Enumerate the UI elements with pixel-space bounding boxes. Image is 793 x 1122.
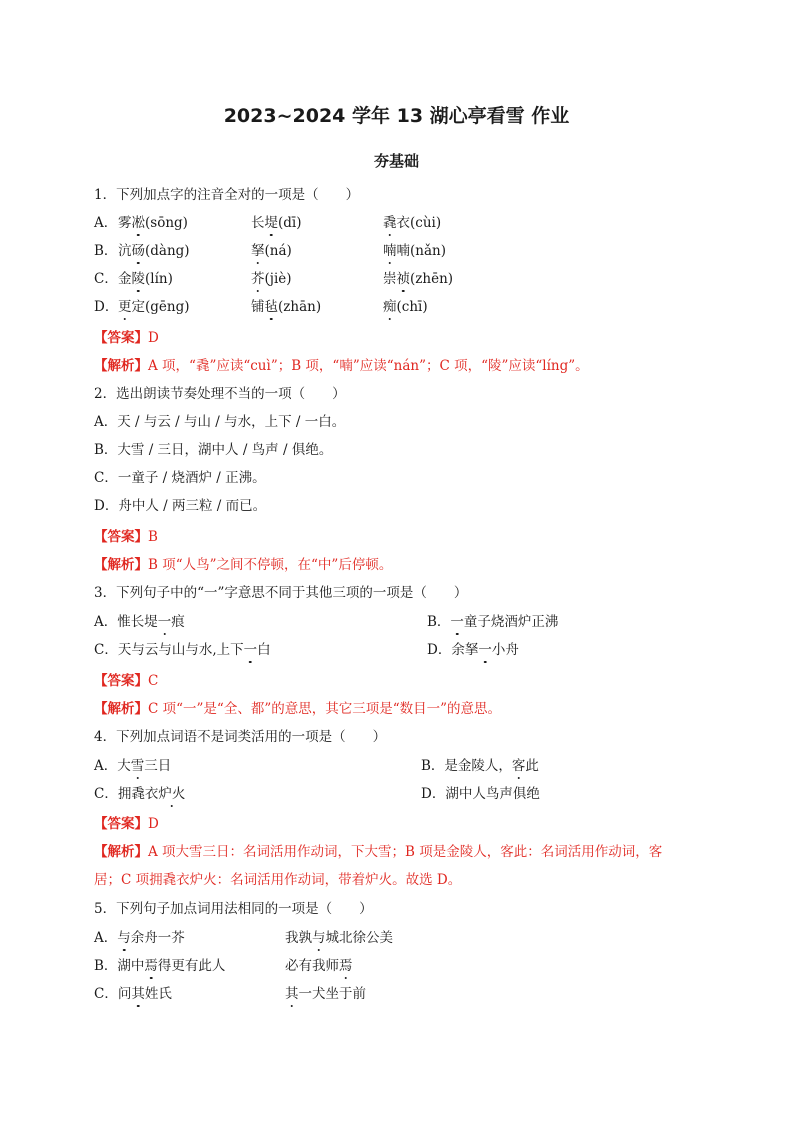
question-4-stem: 4．下列加点词语不是词类活用的一项是（ ） xyxy=(94,728,386,746)
q2-option-d: D．舟中人 / 两三粒 / 而已。 xyxy=(94,497,266,515)
q5-option-b: B．湖中焉得更有此人 必有我师焉 xyxy=(94,957,225,975)
q3-answer: 【答案】C xyxy=(94,672,158,690)
q4-option-a: A．大雪三日 xyxy=(94,757,171,775)
q3-option-a: A．惟长堤一痕 xyxy=(94,613,185,631)
q1a-item2: 长堤(dī) xyxy=(251,214,302,232)
q4-option-c: C．拥毳衣炉火 xyxy=(94,785,185,803)
q3-option-c: C．天与云与山与水,上下一白 xyxy=(94,641,271,659)
q1a-item1: 雾凇(sōng) xyxy=(118,214,188,232)
q4-option-d: D．湖中人鸟声俱绝 xyxy=(421,785,540,803)
q1d-item2: 铺毡(zhān) xyxy=(251,298,321,316)
section-heading: 夯基础 xyxy=(0,150,793,171)
q2-answer: 【答案】B xyxy=(94,528,158,546)
q1-option-c: C． 金陵(lín) 芥(jiè) 崇祯(zhēn) xyxy=(94,270,118,288)
q1d-item1: 更定(gēng) xyxy=(118,298,190,316)
q4-option-b: B．是金陵人，客此 xyxy=(421,757,539,775)
q2-option-c: C．一童子 / 烧酒炉 / 正沸。 xyxy=(94,469,266,487)
q1a-item3: 毳衣(cùi) xyxy=(383,214,441,232)
q4-answer: 【答案】D xyxy=(94,815,159,833)
q5-option-a: A．与余舟一芥 我孰与城北徐公美 xyxy=(94,929,185,947)
q1-option-d: D． 更定(gēng) 铺毡(zhān) 痴(chī) xyxy=(94,298,118,316)
q1-option-b: B． 沆砀(dàng) 拏(ná) 喃喃(nǎn) xyxy=(94,242,117,260)
question-3-stem: 3．下列句子中的“一”字意思不同于其他三项的一项是（ ） xyxy=(94,584,467,602)
option-label: C． xyxy=(94,271,118,287)
q4-analysis-line1: 【解析】A 项大雪三日：名词活用作动词，下大雪；B 项是金陵人，客此：名词活用作… xyxy=(94,843,662,861)
question-2-stem: 2．选出朗读节奏处理不当的一项（ ） xyxy=(94,385,346,403)
q1b-item2: 拏(ná) xyxy=(251,242,292,260)
q2-option-a: A．天 / 与云 / 与山 / 与水，上下 / 一白。 xyxy=(94,413,345,431)
q3-analysis: 【解析】C 项“一”是“全、都”的意思，其它三项是“数目一”的意思。 xyxy=(94,700,501,718)
q1-analysis: 【解析】A 项，“毳”应读“cuì”；B 项，“喃”应读“nán”；C 项，“陵… xyxy=(94,357,589,375)
q1c-item3: 崇祯(zhēn) xyxy=(383,270,453,288)
q1-answer: 【答案】D xyxy=(94,329,159,347)
question-1-stem: 1．下列加点字的注音全对的一项是（ ） xyxy=(94,186,359,204)
option-label: A． xyxy=(94,215,117,231)
q5-option-c: C．问其姓氏 其一犬坐于前 xyxy=(94,985,172,1003)
q2-option-b: B．大雪 / 三日，湖中人 / 鸟声 / 俱绝。 xyxy=(94,441,332,459)
q3-option-d: D．余拏一小舟 xyxy=(427,641,519,659)
q3-option-b: B．一童子烧酒炉正沸 xyxy=(427,613,558,631)
document-title: 2023~2024 学年 13 湖心亭看雪 作业 xyxy=(0,101,793,128)
q5a-right: 我孰与城北徐公美 xyxy=(285,929,393,947)
option-label: B． xyxy=(94,243,117,259)
q4-analysis-line2: 居；C 项拥毳衣炉火：名词活用作动词，带着炉火。故选 D。 xyxy=(94,871,461,889)
option-label: D． xyxy=(94,299,118,315)
q1b-item3: 喃喃(nǎn) xyxy=(383,242,446,260)
q1c-item2: 芥(jiè) xyxy=(251,270,292,288)
q1d-item3: 痴(chī) xyxy=(383,298,428,316)
q5b-right: 必有我师焉 xyxy=(285,957,353,975)
q1-option-a: A． 雾凇(sōng) 长堤(dī) 毳衣(cùi) xyxy=(94,214,117,232)
question-5-stem: 5．下列句子加点词用法相同的一项是（ ） xyxy=(94,900,373,918)
q1b-item1: 沆砀(dàng) xyxy=(118,242,190,260)
q5c-right: 其一犬坐于前 xyxy=(285,985,366,1003)
q1c-item1: 金陵(lín) xyxy=(118,270,173,288)
q2-analysis: 【解析】B 项“人鸟”之间不停顿，在“中”后停顿。 xyxy=(94,556,392,574)
